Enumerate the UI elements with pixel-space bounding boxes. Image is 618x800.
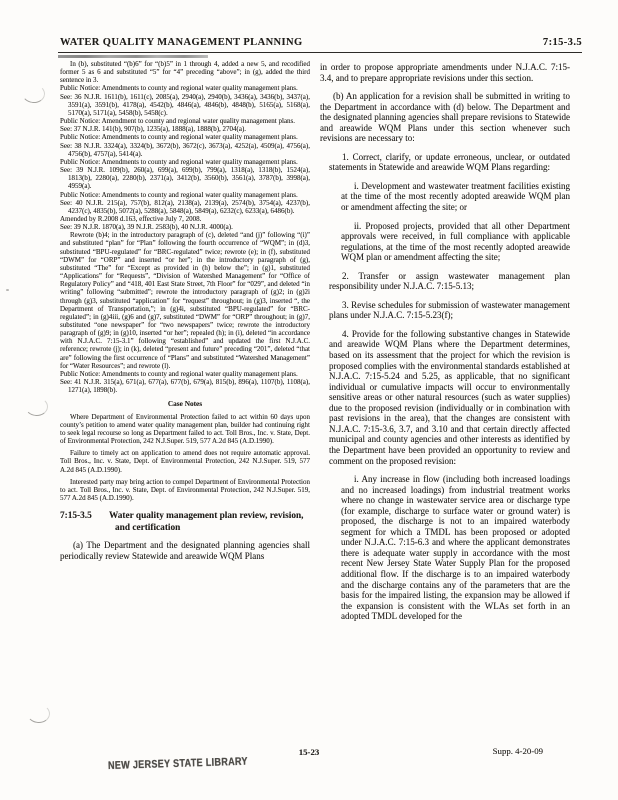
left-column: In (b), substituted “(b)6” for “(b)5” in… [60, 60, 310, 622]
roman-item: i. Any increase in flow (including both … [341, 474, 570, 622]
numbered-item: 1. Correct, clarify, or update erroneous… [329, 152, 570, 173]
header-ink-smudge [58, 55, 208, 58]
body-paragraph: (a) The Department and the designated pl… [60, 540, 310, 561]
public-notice: Public Notice: Amendment to county and r… [60, 117, 310, 125]
case-note: Where Department of Environmental Protec… [60, 413, 310, 446]
numbered-item: 3. Revise schedules for submission of wa… [329, 300, 570, 321]
right-column: in order to propose appropriate amendmen… [320, 60, 570, 622]
scan-mark-arc [26, 703, 50, 724]
see-citation: See: 40 N.J.R. 215(a), 757(b), 812(a), 2… [60, 199, 310, 215]
scan-mark-arc [25, 396, 49, 416]
see-citation: See: 39 N.J.R. 109(b), 260(a), 699(a), 6… [60, 166, 310, 190]
amended-by-note: Amended by R.2008 d.163, effective July … [60, 215, 310, 223]
see-citation: See: 39 N.J.R. 1870(a), 39 N.J.R. 2583(b… [60, 223, 310, 231]
see-citation: See: 36 N.J.R. 1611(b), 1611(c), 2085(a)… [60, 93, 310, 117]
body-paragraph: (b) An application for a revision shall … [320, 91, 570, 144]
numbered-item: 2. Transfer or assign wastewater managem… [329, 271, 570, 292]
see-citation: See: 38 N.J.R. 3324(a), 3324(b), 3672(b)… [60, 142, 310, 158]
case-note: Failure to timely act on application to … [60, 449, 310, 473]
numbered-item: 4. Provide for the following substantive… [329, 329, 570, 466]
section-title: Water quality management plan review, re… [109, 511, 303, 533]
supplement-date: Supp. 4-20-09 [493, 746, 543, 756]
amendment-history-note: In (b), substituted “(b)6” for “(b)5” in… [60, 60, 310, 84]
body-paragraph: in order to propose appropriate amendmen… [320, 62, 570, 83]
scan-mark-arc [21, 83, 46, 104]
public-notice: Public Notice: Amendments to county and … [60, 133, 310, 141]
roman-item: ii. Proposed projects, provided that all… [341, 221, 570, 263]
library-stamp: NEW JERSEY STATE LIBRARY [108, 756, 248, 772]
public-notice: Public Notice: Amendments to county and … [60, 191, 310, 199]
public-notice: Public Notice: Amendments to county and … [60, 158, 310, 166]
header-title: WATER QUALITY MANAGEMENT PLANNING [60, 37, 303, 48]
public-notice: Public Notice: Amendments to county and … [60, 84, 310, 92]
document-page: WATER QUALITY MANAGEMENT PLANNING 7:15-3… [0, 0, 618, 800]
amendment-history-note: Rewrote (b)4; in the introductory paragr… [60, 231, 310, 370]
section-number: 7:15-3.5 [60, 511, 109, 523]
header-section-number: 7:15-3.5 [543, 37, 582, 48]
running-header: WATER QUALITY MANAGEMENT PLANNING 7:15-3… [60, 37, 582, 48]
two-column-text: In (b), substituted “(b)6” for “(b)5” in… [60, 60, 570, 622]
case-note: Interested party may bring action to com… [60, 478, 310, 502]
header-rule [58, 52, 582, 53]
public-notice: Public Notice: Amendments to county and … [60, 370, 310, 378]
see-citation: See: 37 N.J.R. 141(b), 907(b), 1235(a), … [60, 125, 310, 133]
see-citation: See: 41 N.J.R. 315(a), 671(a), 677(a), 6… [60, 378, 310, 394]
roman-item: i. Development and wastewater treatment … [341, 181, 570, 213]
section-heading: 7:15-3.5Water quality management plan re… [60, 511, 310, 534]
case-notes-heading: Case Notes [60, 400, 310, 408]
scan-speck [6, 289, 9, 291]
